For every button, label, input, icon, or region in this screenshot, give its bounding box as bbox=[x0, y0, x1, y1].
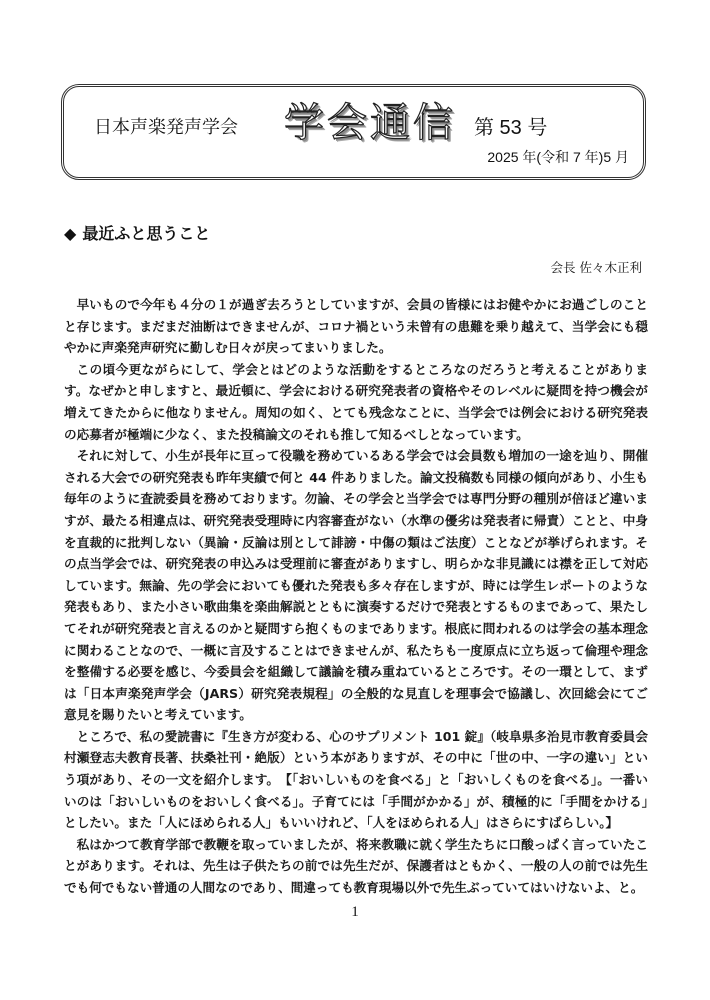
newsletter-title: 学会通信 bbox=[284, 91, 456, 148]
article-body: 早いもので今年も４分の１が過ぎ去ろうとしていますが、会員の皆様にはお健やかにお過… bbox=[64, 294, 648, 899]
article-heading: ◆最近ふと思うこと bbox=[64, 221, 210, 244]
diamond-bullet-icon: ◆ bbox=[64, 224, 76, 243]
issue-date: 2025 年(令和 7 年)5 月 bbox=[487, 147, 629, 167]
paragraph: それに対して、小生が長年に亘って役職を務めているある学会では会員数も増加の一途を… bbox=[64, 445, 648, 726]
paragraph: この頃今更ながらにして、学会とはどのような活動をするところなのだろうと考えること… bbox=[64, 359, 648, 445]
article-author: 会長 佐々木正利 bbox=[551, 258, 642, 276]
article-title: 最近ふと思うこと bbox=[82, 224, 210, 243]
issue-number: 第 53 号 bbox=[474, 111, 547, 140]
newsletter-header: 日本声楽発声学会 学会通信 第 53 号 2025 年(令和 7 年)5 月 bbox=[61, 84, 646, 180]
org-name: 日本声楽発声学会 bbox=[94, 113, 238, 139]
paragraph: ところで、私の愛読書に『生き方が変わる、心のサプリメント 101 錠』（岐阜県多… bbox=[64, 726, 648, 834]
paragraph: 早いもので今年も４分の１が過ぎ去ろうとしていますが、会員の皆様にはお健やかにお過… bbox=[64, 294, 648, 359]
page-number: 1 bbox=[0, 904, 710, 921]
paragraph: 私はかつて教育学部で教鞭を取っていましたが、将来教職に就く学生たちに口酸っぱく言… bbox=[64, 834, 648, 899]
